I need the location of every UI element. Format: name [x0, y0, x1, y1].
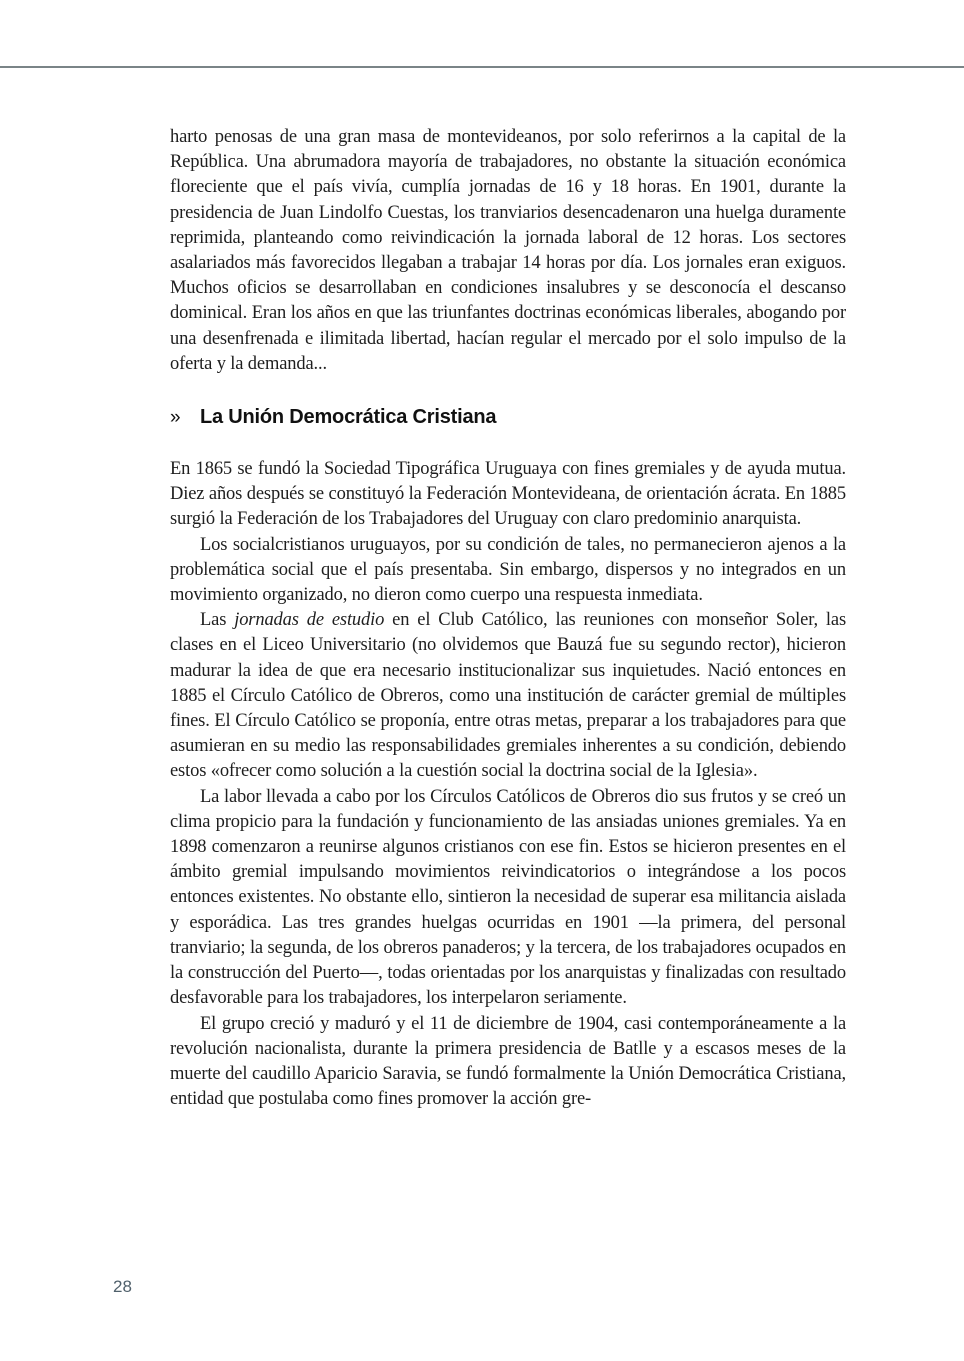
body-paragraph: En 1865 se fundó la Sociedad Tipográfica… — [170, 457, 846, 533]
page-number: 28 — [113, 1274, 132, 1299]
italic-phrase: jornadas de estudio — [234, 610, 384, 630]
page-text-block: harto penosas de una gran masa de montev… — [170, 125, 846, 1112]
body-paragraph: La labor llevada a cabo por los Círculos… — [170, 785, 846, 1012]
body-paragraph: El grupo creció y maduró y el 11 de dici… — [170, 1012, 846, 1113]
paragraph-rest: en el Club Católico, las reuniones con m… — [170, 610, 846, 781]
paragraph-lead: Las — [200, 610, 234, 630]
body-paragraph: harto penosas de una gran masa de montev… — [170, 125, 846, 377]
header-rule — [0, 66, 964, 68]
body-paragraph: Las jornadas de estudio en el Club Catól… — [170, 608, 846, 784]
book-page: harto penosas de una gran masa de montev… — [0, 0, 964, 1361]
body-paragraph: Los socialcristianos uruguayos, por su c… — [170, 533, 846, 609]
section-heading-title: La Unión Democrática Cristiana — [200, 405, 496, 430]
guillemet-marker-icon: » — [170, 405, 200, 430]
section-heading: » La Unión Democrática Cristiana — [170, 405, 846, 430]
